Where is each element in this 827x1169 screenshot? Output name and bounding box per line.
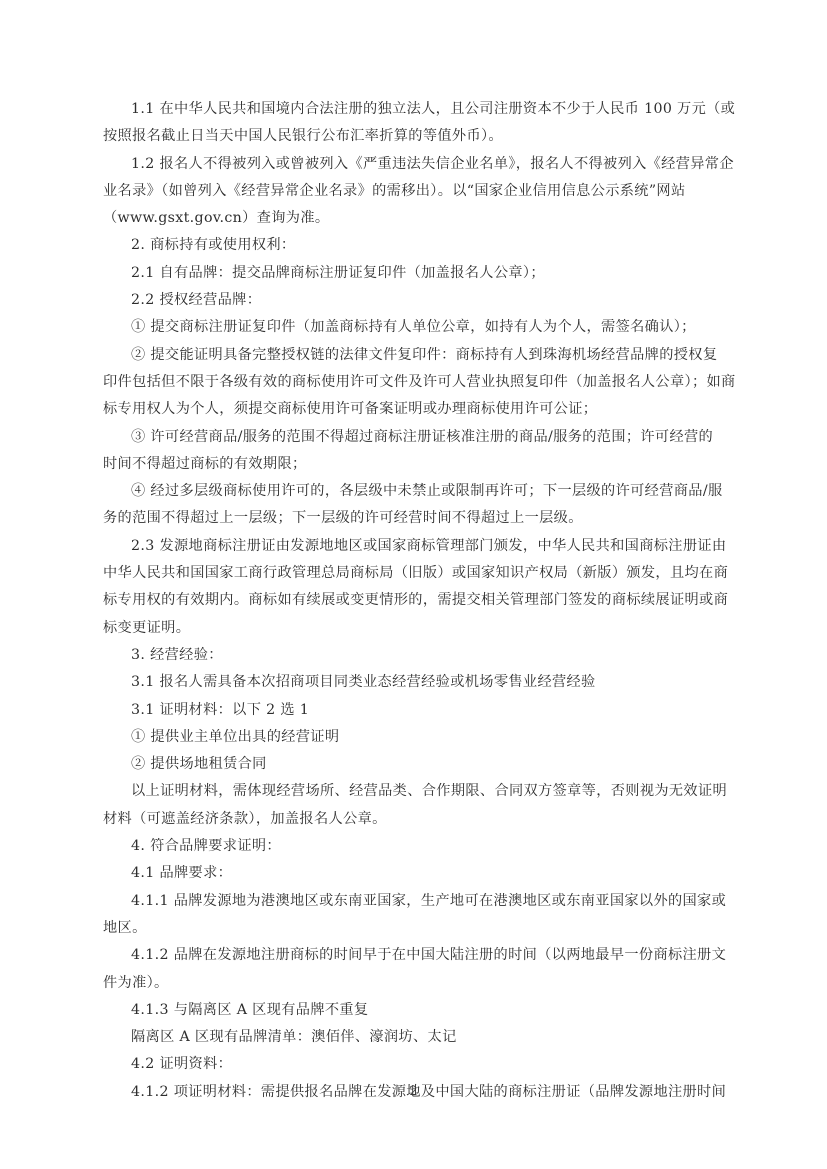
paragraph-line: 2.1 自有品牌：提交品牌商标注册证复印件（加盖报名人公章）；: [103, 260, 731, 287]
paragraph-line: 按照报名截止日当天中国人民银行公布汇率折算的等值外币）。: [103, 123, 731, 150]
paragraph-line: 3.1 证明材料：以下 2 选 1: [103, 697, 731, 724]
paragraph-line: 材料（可遮盖经济条款），加盖报名人公章。: [103, 806, 731, 833]
paragraph-line: 务的范围不得超过上一层级；下一层级的许可经营时间不得超过上一层级。: [103, 505, 731, 532]
list-item-2: ② 提供场地租赁合同: [103, 751, 731, 778]
paragraph-line: 2.3 发源地商标注册证由发源地地区或国家商标管理部门颁发，中华人民共和国商标注…: [103, 533, 731, 560]
paragraph-line: 时间不得超过商标的有效期限；: [103, 451, 731, 478]
paragraph-line: 印件包括但不限于各级有效的商标使用许可文件及许可人营业执照复印件（加盖报名人公章…: [103, 369, 731, 396]
section-heading-experience: 3. 经营经验：: [103, 642, 731, 669]
paragraph-line: 以上证明材料，需体现经营场所、经营品类、合作期限、合同双方签章等，否则视为无效证…: [103, 778, 731, 805]
paragraph-line: （www.gsxt.gov.cn）查询为准。: [103, 205, 731, 232]
list-item-3: ③ 许可经营商品/服务的范围不得超过商标注册证核准注册的商品/服务的范围；许可经…: [103, 424, 731, 451]
paragraph-line: 4.1.2 品牌在发源地注册商标的时间早于在中国大陆注册的时间（以两地最早一份商…: [103, 942, 731, 969]
page-number: 2: [0, 1084, 827, 1099]
paragraph-line: 中华人民共和国国家工商行政管理总局商标局（旧版）或国家知识产权局（新版）颁发，且…: [103, 560, 731, 587]
list-item-2: ② 提交能证明具备完整授权链的法律文件复印件：商标持有人到珠海机场经营品牌的授权…: [103, 342, 731, 369]
list-item-1: ① 提交商标注册证复印件（加盖商标持有人单位公章，如持有人为个人，需签名确认）；: [103, 314, 731, 341]
section-heading-trademark: 2. 商标持有或使用权利：: [103, 232, 731, 259]
paragraph-line: 4.1 品牌要求：: [103, 860, 731, 887]
paragraph-line: 标变更证明。: [103, 615, 731, 642]
paragraph-line: 3.1 报名人需具备本次招商项目同类业态经营经验或机场零售业经营经验: [103, 669, 731, 696]
paragraph-line: 4.1.1 品牌发源地为港澳地区或东南亚国家，生产地可在港澳地区或东南亚国家以外…: [103, 888, 731, 915]
paragraph-line: 1.1 在中华人民共和国境内合法注册的独立法人，且公司注册资本不少于人民币 10…: [103, 96, 731, 123]
paragraph-line: 件为准）。: [103, 970, 731, 997]
document-page: 1.1 在中华人民共和国境内合法注册的独立法人，且公司注册资本不少于人民币 10…: [0, 0, 827, 1169]
paragraph-line: 标专用权人为个人，须提交商标使用许可备案证明或办理商标使用许可公证；: [103, 396, 731, 423]
section-heading-brand: 4. 符合品牌要求证明：: [103, 833, 731, 860]
paragraph-line: 标专用权的有效期内。商标如有续展或变更情形的，需提交相关管理部门签发的商标续展证…: [103, 587, 731, 614]
paragraph-line: 地区。: [103, 915, 731, 942]
paragraph-line: 4.1.3 与隔离区 A 区现有品牌不重复: [103, 997, 731, 1024]
document-body: 1.1 在中华人民共和国境内合法注册的独立法人，且公司注册资本不少于人民币 10…: [103, 96, 731, 1106]
paragraph-line: 2.2 授权经营品牌：: [103, 287, 731, 314]
brand-list-line: 隔离区 A 区现有品牌清单：澳佰伴、濠润坊、太记: [103, 1024, 731, 1051]
list-item-4: ④ 经过多层级商标使用许可的，各层级中未禁止或限制再许可；下一层级的许可经营商品…: [103, 478, 731, 505]
paragraph-line: 业名录》（如曾列入《经营异常企业名录》的需移出）。以“国家企业信用信息公示系统”…: [103, 178, 731, 205]
paragraph-line: 4.2 证明资料：: [103, 1051, 731, 1078]
list-item-1: ① 提供业主单位出具的经营证明: [103, 724, 731, 751]
paragraph-line: 1.2 报名人不得被列入或曾被列入《严重违法失信企业名单》，报名人不得被列入《经…: [103, 151, 731, 178]
